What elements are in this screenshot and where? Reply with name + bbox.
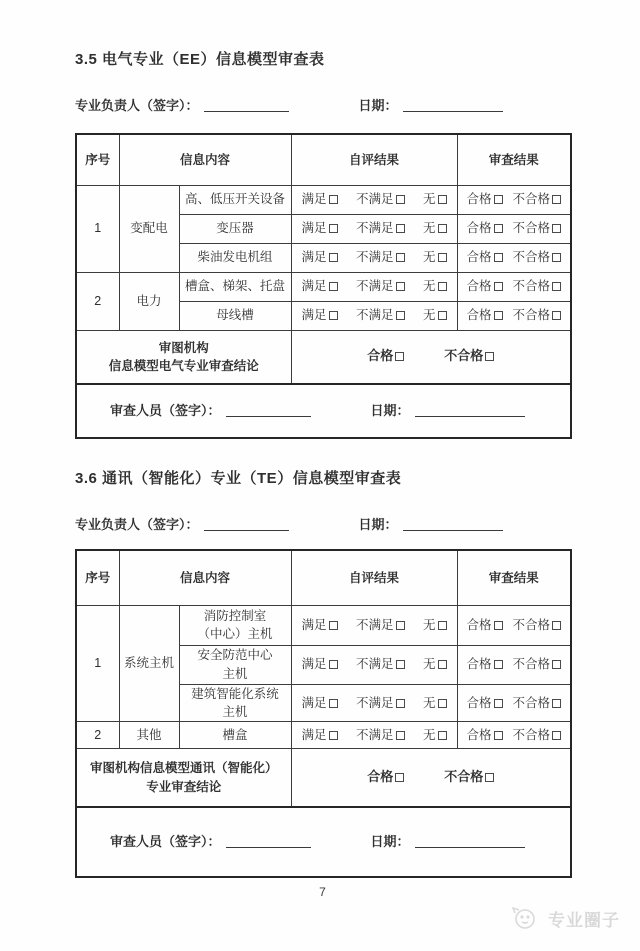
option-label: 无 <box>423 308 436 322</box>
te-date-label: 日期： <box>359 517 398 532</box>
ee-signer-blank <box>204 99 289 112</box>
te-review-table: 序号 信息内容 自评结果 审查结果 1 系统主机 消防控制室 （中心）主机 满足… <box>75 549 572 878</box>
self-eval-cell: 满足不满足无 <box>291 272 457 301</box>
option-satisfied: 满足 <box>302 726 338 744</box>
option-label: 满足 <box>302 657 327 671</box>
option-fail: 不合格 <box>513 277 562 295</box>
ee-review-date-blank <box>415 404 525 417</box>
checkbox-icon <box>552 731 561 740</box>
checkbox-icon <box>552 224 561 233</box>
te-col-header-self: 自评结果 <box>291 550 457 605</box>
ee-header-row: 序号 信息内容 自评结果 审查结果 <box>76 134 571 185</box>
document-page: 3.5 电气专业（EE）信息模型审查表 专业负责人（签字）：日期： 序号 信息内… <box>0 0 640 951</box>
option-label: 满足 <box>302 221 327 235</box>
option-label: 合格 <box>467 696 492 710</box>
self-eval-cell: 满足不满足无 <box>291 645 457 684</box>
option-fail: 不合格 <box>444 768 494 787</box>
option-pass: 合格 <box>467 694 503 712</box>
section-ee-title: 3.5 电气专业（EE）信息模型审查表 <box>75 50 570 70</box>
option-label: 不合格 <box>513 728 551 742</box>
checkbox-icon <box>552 660 561 669</box>
self-eval-cell: 满足不满足无 <box>291 243 457 272</box>
option-none: 无 <box>423 616 447 634</box>
option-none: 无 <box>423 277 447 295</box>
option-label: 不合格 <box>513 696 551 710</box>
te-signer-blank <box>204 518 289 531</box>
checkbox-icon <box>552 621 561 630</box>
checkbox-icon <box>396 282 405 291</box>
checkbox-icon <box>396 253 405 262</box>
checkbox-icon <box>396 195 405 204</box>
option-fail: 不合格 <box>444 347 494 366</box>
option-satisfied: 满足 <box>302 306 338 324</box>
checkbox-icon <box>438 699 447 708</box>
checkbox-icon <box>494 660 503 669</box>
self-eval-cell: 满足不满足无 <box>291 185 457 214</box>
row-item: 柴油发电机组 <box>179 243 291 272</box>
checkbox-icon <box>396 224 405 233</box>
table-row: 2 其他 槽盒 满足不满足无 合格不合格 <box>76 721 571 748</box>
option-label: 满足 <box>302 308 327 322</box>
te-conclusion-row: 审图机构信息模型通讯（智能化） 专业审查结论 合格不合格 <box>76 748 571 807</box>
self-eval-cell: 满足不满足无 <box>291 214 457 243</box>
option-satisfied: 满足 <box>302 694 338 712</box>
te-reviewer-label: 审查人员（签字）： <box>110 834 221 849</box>
option-label: 无 <box>423 192 436 206</box>
row-number: 1 <box>76 185 119 272</box>
checkbox-icon <box>485 773 494 782</box>
option-label: 不合格 <box>513 250 551 264</box>
option-pass: 合格 <box>467 306 503 324</box>
checkbox-icon <box>396 621 405 630</box>
option-label: 合格 <box>367 769 393 784</box>
checkbox-icon <box>395 352 404 361</box>
ee-lead-sign-row: 专业负责人（签字）：日期： <box>75 97 570 115</box>
option-label: 满足 <box>302 192 327 206</box>
table-row: 1 系统主机 消防控制室 （中心）主机 满足不满足无 合格不合格 <box>76 605 571 645</box>
ee-reviewer-label: 审查人员（签字）： <box>110 403 221 418</box>
checkbox-icon <box>485 352 494 361</box>
option-label: 不合格 <box>513 308 551 322</box>
ee-conclusion-label: 审图机构 信息模型电气专业审查结论 <box>76 330 291 384</box>
checkbox-icon <box>396 311 405 320</box>
checkbox-icon <box>494 311 503 320</box>
checkbox-icon <box>552 311 561 320</box>
option-none: 无 <box>423 306 447 324</box>
option-label: 合格 <box>367 348 393 363</box>
option-label: 不满足 <box>356 618 394 632</box>
review-cell: 合格不合格 <box>457 684 571 721</box>
ee-date-label: 日期： <box>359 98 398 113</box>
checkbox-icon <box>494 253 503 262</box>
ee-col-header-no: 序号 <box>76 134 119 185</box>
option-label: 不满足 <box>356 728 394 742</box>
option-label: 不满足 <box>356 696 394 710</box>
checkbox-icon <box>494 224 503 233</box>
option-not-satisfied: 不满足 <box>356 655 405 673</box>
checkbox-icon <box>329 282 338 291</box>
option-label: 合格 <box>467 192 492 206</box>
option-pass: 合格 <box>467 277 503 295</box>
self-eval-cell: 满足不满足无 <box>291 605 457 645</box>
te-signer-label: 专业负责人（签字）： <box>75 517 199 532</box>
option-not-satisfied: 不满足 <box>356 190 405 208</box>
te-reviewer-sign-line: 审查人员（签字）：日期： <box>77 833 570 852</box>
row-item: 槽盒 <box>179 721 291 748</box>
te-conclusion-label: 审图机构信息模型通讯（智能化） 专业审查结论 <box>76 748 291 807</box>
option-none: 无 <box>423 694 447 712</box>
row-number: 2 <box>76 272 119 330</box>
te-header-row: 序号 信息内容 自评结果 审查结果 <box>76 550 571 605</box>
option-label: 不满足 <box>356 221 394 235</box>
checkbox-icon <box>494 621 503 630</box>
option-label: 合格 <box>467 279 492 293</box>
checkbox-icon <box>552 195 561 204</box>
te-col-header-content: 信息内容 <box>119 550 291 605</box>
self-eval-cell: 满足不满足无 <box>291 684 457 721</box>
review-cell: 合格不合格 <box>457 721 571 748</box>
option-not-satisfied: 不满足 <box>356 726 405 744</box>
te-col-header-no: 序号 <box>76 550 119 605</box>
checkbox-icon <box>329 731 338 740</box>
review-cell: 合格不合格 <box>457 301 571 330</box>
option-none: 无 <box>423 248 447 266</box>
option-satisfied: 满足 <box>302 655 338 673</box>
option-not-satisfied: 不满足 <box>356 694 405 712</box>
checkbox-icon <box>438 253 447 262</box>
checkbox-icon <box>329 195 338 204</box>
checkbox-icon <box>552 699 561 708</box>
option-pass: 合格 <box>467 190 503 208</box>
row-number: 2 <box>76 721 119 748</box>
option-label: 满足 <box>302 618 327 632</box>
row-category: 系统主机 <box>119 605 179 721</box>
checkbox-icon <box>396 699 405 708</box>
row-category: 电力 <box>119 272 179 330</box>
option-label: 无 <box>423 279 436 293</box>
option-none: 无 <box>423 655 447 673</box>
option-not-satisfied: 不满足 <box>356 219 405 237</box>
option-not-satisfied: 不满足 <box>356 616 405 634</box>
option-label: 不满足 <box>356 279 394 293</box>
option-label: 满足 <box>302 250 327 264</box>
option-label: 不合格 <box>513 279 551 293</box>
option-fail: 不合格 <box>513 616 562 634</box>
te-conclusion-options: 合格不合格 <box>291 748 571 807</box>
option-fail: 不合格 <box>513 219 562 237</box>
option-not-satisfied: 不满足 <box>356 306 405 324</box>
review-cell: 合格不合格 <box>457 214 571 243</box>
checkbox-icon <box>395 773 404 782</box>
checkbox-icon <box>438 311 447 320</box>
checkbox-icon <box>552 282 561 291</box>
te-signature-row: 审查人员（签字）：日期： <box>76 807 571 877</box>
option-not-satisfied: 不满足 <box>356 248 405 266</box>
page-number: 7 <box>75 885 570 899</box>
option-not-satisfied: 不满足 <box>356 277 405 295</box>
option-satisfied: 满足 <box>302 190 338 208</box>
option-label: 不合格 <box>444 348 483 363</box>
review-cell: 合格不合格 <box>457 645 571 684</box>
row-category: 其他 <box>119 721 179 748</box>
te-review-date-label: 日期： <box>371 834 410 849</box>
option-label: 不满足 <box>356 192 394 206</box>
checkbox-icon <box>438 621 447 630</box>
checkbox-icon <box>329 621 338 630</box>
brand-logo-icon <box>511 905 541 931</box>
option-label: 无 <box>423 221 436 235</box>
row-item: 变压器 <box>179 214 291 243</box>
option-satisfied: 满足 <box>302 616 338 634</box>
option-label: 不满足 <box>356 250 394 264</box>
checkbox-icon <box>396 660 405 669</box>
option-label: 合格 <box>467 308 492 322</box>
option-label: 无 <box>423 696 436 710</box>
checkbox-icon <box>329 253 338 262</box>
checkbox-icon <box>438 224 447 233</box>
option-fail: 不合格 <box>513 190 562 208</box>
row-item: 母线槽 <box>179 301 291 330</box>
table-row: 1 变配电 高、低压开关设备 满足不满足无 合格不合格 <box>76 185 571 214</box>
option-label: 无 <box>423 250 436 264</box>
option-pass: 合格 <box>467 248 503 266</box>
option-label: 满足 <box>302 728 327 742</box>
checkbox-icon <box>329 224 338 233</box>
option-label: 不合格 <box>513 657 551 671</box>
ee-col-header-content: 信息内容 <box>119 134 291 185</box>
ee-signer-label: 专业负责人（签字）： <box>75 98 199 113</box>
option-label: 不满足 <box>356 308 394 322</box>
checkbox-icon <box>438 195 447 204</box>
option-pass: 合格 <box>467 219 503 237</box>
option-label: 合格 <box>467 728 492 742</box>
checkbox-icon <box>329 660 338 669</box>
review-cell: 合格不合格 <box>457 605 571 645</box>
review-cell: 合格不合格 <box>457 185 571 214</box>
option-none: 无 <box>423 726 447 744</box>
brand-watermark-text: 专业圈子 <box>548 906 620 931</box>
checkbox-icon <box>552 253 561 262</box>
option-satisfied: 满足 <box>302 277 338 295</box>
option-pass: 合格 <box>367 347 404 366</box>
te-reviewer-blank <box>226 835 311 848</box>
ee-col-header-self: 自评结果 <box>291 134 457 185</box>
option-none: 无 <box>423 219 447 237</box>
ee-review-table: 序号 信息内容 自评结果 审查结果 1 变配电 高、低压开关设备 满足不满足无 … <box>75 133 572 439</box>
option-fail: 不合格 <box>513 306 562 324</box>
option-label: 无 <box>423 657 436 671</box>
checkbox-icon <box>494 731 503 740</box>
option-fail: 不合格 <box>513 655 562 673</box>
te-date-blank <box>403 518 503 531</box>
brand-watermark: 专业圈子 <box>511 905 620 931</box>
document-content: 3.5 电气专业（EE）信息模型审查表 专业负责人（签字）：日期： 序号 信息内… <box>75 0 570 899</box>
checkbox-icon <box>494 195 503 204</box>
option-fail: 不合格 <box>513 248 562 266</box>
ee-signature-row: 审查人员（签字）：日期： <box>76 384 571 438</box>
te-review-date-blank <box>415 835 525 848</box>
checkbox-icon <box>494 699 503 708</box>
row-item: 槽盒、梯架、托盘 <box>179 272 291 301</box>
option-label: 合格 <box>467 618 492 632</box>
te-col-header-review: 审查结果 <box>457 550 571 605</box>
ee-reviewer-blank <box>226 404 311 417</box>
option-label: 不合格 <box>444 769 483 784</box>
option-label: 满足 <box>302 696 327 710</box>
ee-review-date-label: 日期： <box>371 403 410 418</box>
ee-reviewer-sign-line: 审查人员（签字）：日期： <box>77 402 570 421</box>
option-pass: 合格 <box>467 655 503 673</box>
checkbox-icon <box>494 282 503 291</box>
option-label: 无 <box>423 618 436 632</box>
option-label: 合格 <box>467 250 492 264</box>
checkbox-icon <box>438 660 447 669</box>
ee-date-blank <box>403 99 503 112</box>
option-label: 满足 <box>302 279 327 293</box>
review-cell: 合格不合格 <box>457 272 571 301</box>
checkbox-icon <box>438 282 447 291</box>
option-pass: 合格 <box>467 726 503 744</box>
option-fail: 不合格 <box>513 726 562 744</box>
ee-col-header-review: 审查结果 <box>457 134 571 185</box>
row-item: 安全防范中心 主机 <box>179 645 291 684</box>
row-item: 建筑智能化系统 主机 <box>179 684 291 721</box>
option-pass: 合格 <box>467 616 503 634</box>
option-satisfied: 满足 <box>302 219 338 237</box>
checkbox-icon <box>329 311 338 320</box>
option-label: 不满足 <box>356 657 394 671</box>
option-satisfied: 满足 <box>302 248 338 266</box>
ee-conclusion-options: 合格不合格 <box>291 330 571 384</box>
row-number: 1 <box>76 605 119 721</box>
row-item: 消防控制室 （中心）主机 <box>179 605 291 645</box>
te-lead-sign-row: 专业负责人（签字）：日期： <box>75 516 570 534</box>
checkbox-icon <box>438 731 447 740</box>
ee-conclusion-row: 审图机构 信息模型电气专业审查结论 合格不合格 <box>76 330 571 384</box>
self-eval-cell: 满足不满足无 <box>291 721 457 748</box>
option-label: 合格 <box>467 657 492 671</box>
section-te-title: 3.6 通讯（智能化）专业（TE）信息模型审查表 <box>75 469 570 489</box>
table-row: 2 电力 槽盒、梯架、托盘 满足不满足无 合格不合格 <box>76 272 571 301</box>
option-label: 不合格 <box>513 221 551 235</box>
row-category: 变配电 <box>119 185 179 272</box>
option-label: 合格 <box>467 221 492 235</box>
self-eval-cell: 满足不满足无 <box>291 301 457 330</box>
row-item: 高、低压开关设备 <box>179 185 291 214</box>
option-pass: 合格 <box>367 768 404 787</box>
option-label: 无 <box>423 728 436 742</box>
option-label: 不合格 <box>513 192 551 206</box>
checkbox-icon <box>329 699 338 708</box>
option-label: 不合格 <box>513 618 551 632</box>
checkbox-icon <box>396 731 405 740</box>
option-none: 无 <box>423 190 447 208</box>
review-cell: 合格不合格 <box>457 243 571 272</box>
option-fail: 不合格 <box>513 694 562 712</box>
